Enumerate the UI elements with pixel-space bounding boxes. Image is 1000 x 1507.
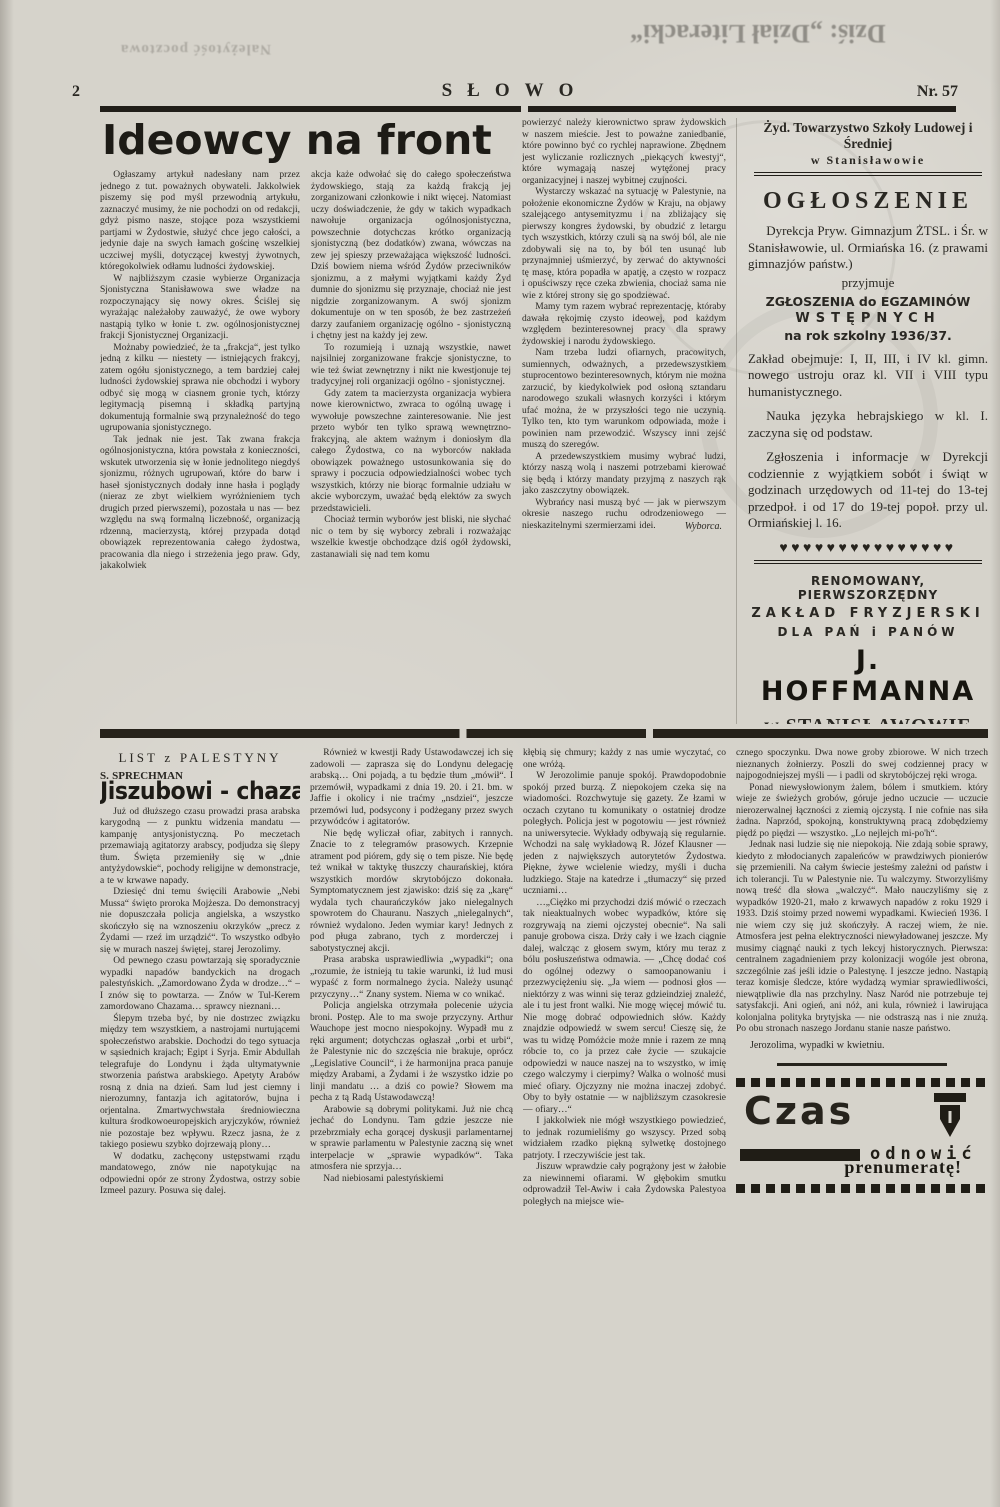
paragraph: Prasa arabska usprawiedliwia „wypadki“; … — [310, 955, 513, 1001]
paragraph: To rozumieją i uznają wszystkie, nawet n… — [311, 343, 511, 389]
newspaper-page: Należytość pocztowa Dziś: „Dział Literac… — [0, 0, 1000, 1507]
stamp-circle-artifact-2 — [700, 300, 938, 538]
article2-column-4: cznego spoczynku. Dwa nowe groby zbiorow… — [736, 748, 988, 1507]
hoffmann-ad-line3: DLA PAŃ i PANÓW — [748, 625, 988, 639]
paragraph: W dodatku, zachęcony ustępstwami rządu m… — [100, 1152, 300, 1198]
paragraph: W Jerozolimie panuje spokój. Prawdopodob… — [523, 771, 726, 898]
page-number: 2 — [72, 83, 192, 101]
paragraph: Jednak nasi ludzie się nie niepokoją. Ni… — [736, 840, 988, 1036]
paragraph: Nad niebiosami palestyńskiemi — [310, 1174, 513, 1186]
bleed-through-text-right: Dziś: „Dział Literacki“ — [630, 18, 886, 48]
paragraph: Już od dłuższego czasu prowadzi prasa ar… — [100, 807, 300, 888]
paragraph: Również w kwestji Rady Ustawodawczej ich… — [310, 748, 513, 829]
paragraph: A przedewszystkiem musimy wybrać ludzi, … — [522, 452, 726, 498]
paragraph: W najbliższym czasie wybierze Organizacj… — [100, 274, 300, 343]
paragraph: Możnaby powiedzieć, że ta „frakcja“, jes… — [100, 343, 300, 435]
hoffmann-ad-city: w STANISŁAWOWIE — [762, 715, 974, 725]
paragraph: cznego spoczynku. Dwa nowe groby zbiorow… — [736, 748, 988, 783]
paragraph: Chociaż termin wyborów jest bliski, nie … — [311, 515, 511, 561]
paragraph: Ponad niewysłowionym żalem, bólem i smut… — [736, 783, 988, 841]
paragraph: Nam trzeba ludzi ofiarnych, pracowitych,… — [522, 348, 726, 452]
issue-number: Nr. 57 — [838, 83, 958, 101]
article1-column-1: Ogłaszamy artykuł nadesłany nam przez je… — [100, 170, 300, 718]
dashed-border-top — [736, 1078, 988, 1087]
dashed-border-bottom — [736, 1184, 988, 1193]
article1-left-block: Ideowcy na front Ogłaszamy artykuł nades… — [100, 118, 512, 724]
article2-column-2: Również w kwestji Rady Ustawodawczej ich… — [310, 748, 513, 1507]
paragraph: Jiszuw wprawdzie cały pogrążony jest w ż… — [523, 1162, 726, 1208]
article2-column-4-text: cznego spoczynku. Dwa nowe groby zbiorow… — [736, 748, 988, 1036]
bleed-through-text-left: Należytość pocztowa — [120, 40, 271, 57]
paragraph: akcja każe odwołać się do całego społecz… — [311, 170, 511, 343]
article1-headline: Ideowcy na front — [102, 118, 512, 162]
paragraph: Nie będę wyliczał ofiar, zabitych i rann… — [310, 829, 513, 956]
masthead: 2 SŁOWO Nr. 57 — [72, 80, 958, 102]
subscription-ad-prenumerate: prenumeratę! — [844, 1157, 962, 1177]
paragraph: kłębią się chmury; każdy z nas umie wycz… — [523, 748, 726, 771]
paragraph: Arabowie są dobrymi politykami. Już nie … — [310, 1105, 513, 1174]
bottom-section: LIST z PALESTYNY S. SPRECHMAN Jiszubowi … — [100, 748, 988, 1507]
article2-headline: Jiszubowi - chazak — [100, 786, 284, 798]
paragraph: Ogłaszamy artykuł nadesłany nam przez je… — [100, 170, 300, 274]
subscription-ad: Czas odnowić prenumeratę! — [736, 1078, 988, 1193]
paragraph: Tak jednak nie jest. Tak zwana frakcja o… — [100, 435, 300, 573]
paragraph: Dziesięć dni temu święcili Arabowie „Neb… — [100, 887, 300, 956]
paragraph: Policja angielska otrzymała polecenie uż… — [310, 1001, 513, 1105]
paragraph: …„Ciężko mi przychodzi dziś mówić o rzec… — [523, 898, 726, 1117]
paragraph: Od pewnego czasu powtarzają się sporadyc… — [100, 956, 300, 1014]
article2-column-3: kłębią się chmury; każdy z nas umie wycz… — [523, 748, 726, 1507]
paragraph: Ślepym trzeba być, by nie dostrzec związ… — [100, 1014, 300, 1152]
article2-column-1-text: Już od dłuższego czasu prowadzi prasa ar… — [100, 807, 300, 1198]
article2-dateline: Jerozolima, wypadki w kwietniu. — [736, 1040, 988, 1052]
article2-column-1: LIST z PALESTYNY S. SPRECHMAN Jiszubowi … — [100, 748, 300, 1507]
article2-kicker: LIST z PALESTYNY — [100, 752, 300, 764]
masthead-rule — [100, 106, 956, 112]
paragraph: Gdy zatem ta macierzysta organizacja wyb… — [311, 389, 511, 516]
hoffmann-ad-line1: RENOMOWANY, PIERWSZORZĘDNY — [748, 574, 988, 602]
hoffmann-ad-line2: ZAKŁAD FRYZJERSKI — [748, 606, 988, 621]
pen-nib-icon — [928, 1093, 972, 1145]
paragraph: I jakkolwiek nie mógł wszystkiego powied… — [523, 1116, 726, 1162]
black-bar — [740, 1149, 860, 1161]
double-rule — [754, 560, 982, 564]
newspaper-title: SŁOWO — [192, 80, 838, 102]
subscription-ad-czas: Czas — [744, 1093, 854, 1129]
section-divider-rule — [100, 729, 988, 738]
article1-column-2: akcja każe odwołać się do całego społecz… — [311, 170, 511, 718]
heart-ornament-row: ♥♥♥♥♥♥♥♥♥♥♥♥♥♥♥ — [748, 542, 988, 556]
short-rule — [777, 1063, 947, 1066]
hoffmann-ad-name: J. HOFFMANNA — [748, 645, 988, 707]
